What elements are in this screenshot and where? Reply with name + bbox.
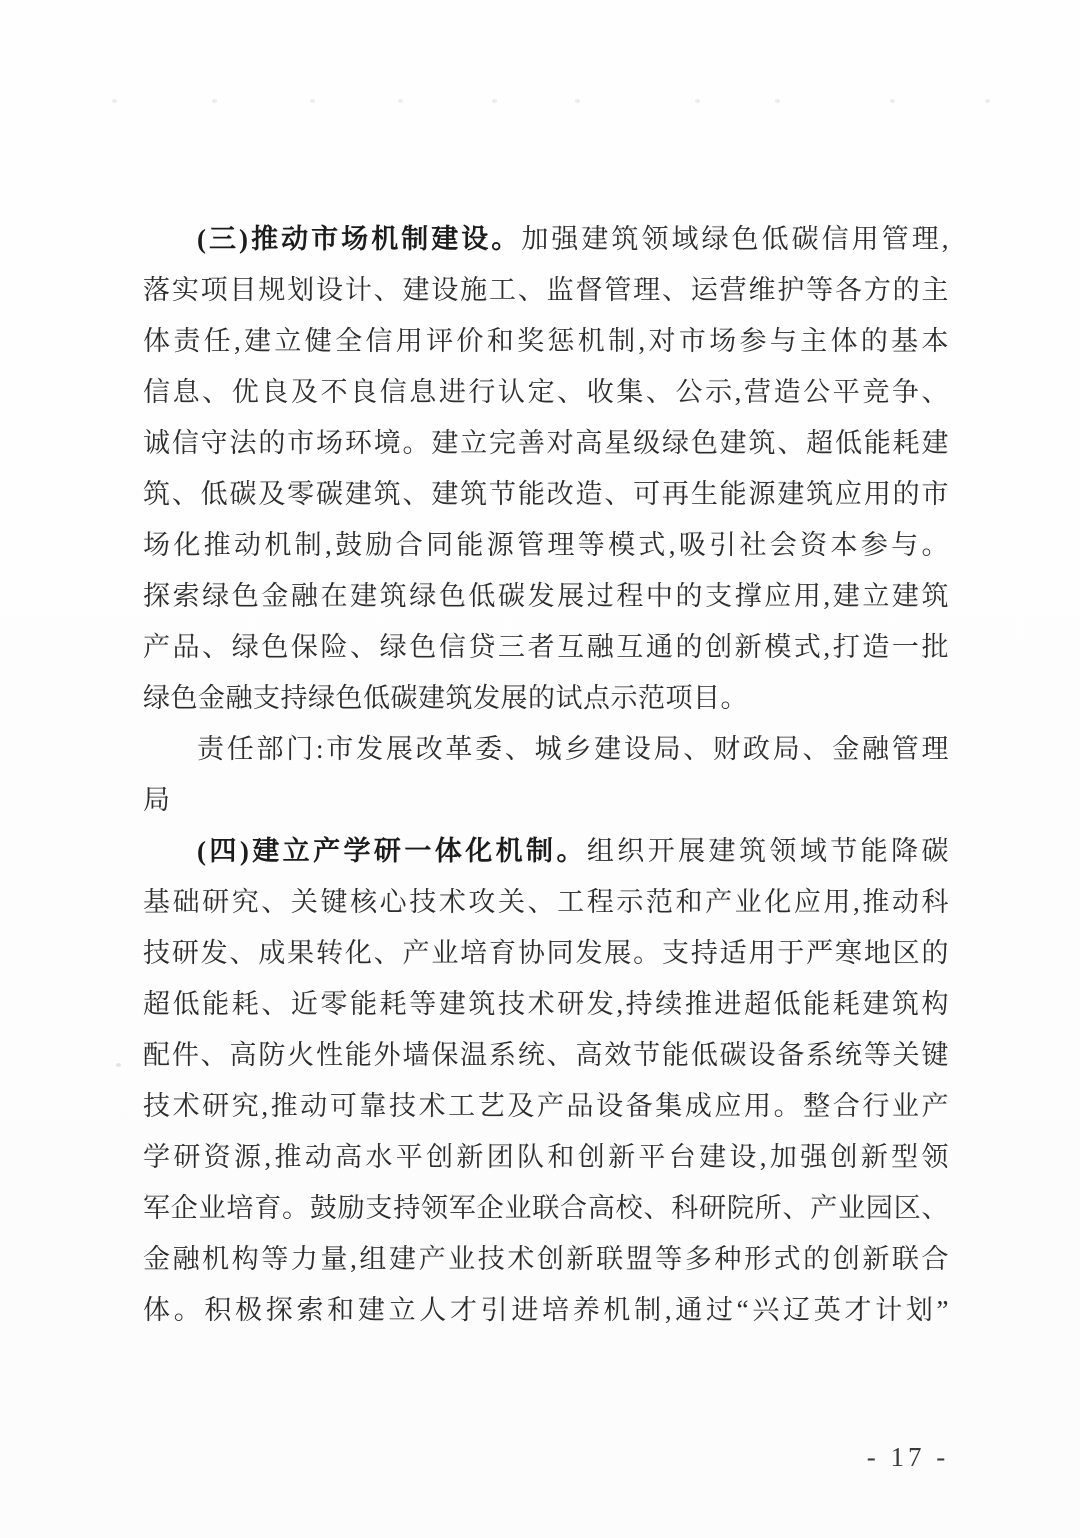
scan-speck — [116, 1063, 121, 1067]
document-body-text: (三)推动市场机制建设。加强建筑领域绿色低碳信用管理, 落实项目规划设计、建设施… — [143, 214, 949, 1336]
scan-speck — [575, 99, 580, 103]
paragraph-text: 加强建筑领域绿色低碳信用管理, — [521, 224, 949, 254]
scan-speck — [890, 99, 895, 103]
document-page: (三)推动市场机制建设。加强建筑领域绿色低碳信用管理, 落实项目规划设计、建设施… — [0, 0, 1080, 1538]
scan-speck — [398, 99, 403, 103]
responsible-departments-line: 责任部门:市发展改革委、城乡建设局、财政局、金融管理 — [143, 724, 949, 775]
paragraph-line: 基础研究、关键核心技术攻关、工程示范和产业化应用,推动科 — [143, 877, 949, 928]
paragraph-line: 技术研究,推动可靠技术工艺及产品设备集成应用。整合行业产 — [143, 1081, 949, 1132]
section-4-heading: (四)建立产学研一体化机制。 — [197, 836, 587, 866]
paragraph-line: 超低能耗、近零能耗等建筑技术研发,持续推进超低能耗建筑构 — [143, 979, 949, 1030]
paragraph-line: 产品、绿色保险、绿色信贷三者互融互通的创新模式,打造一批 — [143, 622, 949, 673]
scan-speck — [212, 99, 217, 103]
paragraph-text: 组织开展建筑领域节能降碳 — [587, 836, 949, 866]
paragraph-line: 军企业培育。鼓励支持领军企业联合高校、科研院所、产业园区、 — [143, 1183, 949, 1234]
section-3-heading: (三)推动市场机制建设。 — [197, 224, 521, 254]
paragraph-line: 金融机构等力量,组建产业技术创新联盟等多种形式的创新联合 — [143, 1234, 949, 1285]
paragraph-line: 筑、低碳及零碳建筑、建筑节能改造、可再生能源建筑应用的市 — [143, 469, 949, 520]
paragraph-line: (四)建立产学研一体化机制。组织开展建筑领域节能降碳 — [143, 826, 949, 877]
paragraph-line: 信息、优良及不良信息进行认定、收集、公示,营造公平竞争、 — [143, 367, 949, 418]
paragraph-line: 落实项目规划设计、建设施工、监督管理、运营维护等各方的主 — [143, 265, 949, 316]
paragraph-line: 绿色金融支持绿色低碳建筑发展的试点示范项目。 — [143, 673, 949, 724]
page-number: - 17 - — [863, 1435, 953, 1480]
paragraph-line: 技研发、成果转化、产业培育协同发展。支持适用于严寒地区的 — [143, 928, 949, 979]
scan-speck — [492, 99, 497, 103]
scan-speck — [310, 99, 315, 103]
paragraph-line: 配件、高防火性能外墙保温系统、高效节能低碳设备系统等关键 — [143, 1030, 949, 1081]
scan-speck — [695, 99, 700, 103]
paragraph-line: (三)推动市场机制建设。加强建筑领域绿色低碳信用管理, — [143, 214, 949, 265]
paragraph-line: 学研资源,推动高水平创新团队和创新平台建设,加强创新型领 — [143, 1132, 949, 1183]
paragraph-line: 体。积极探索和建立人才引进培养机制,通过“兴辽英才计划” — [143, 1285, 949, 1336]
paragraph-line: 体责任,建立健全信用评价和奖惩机制,对市场参与主体的基本 — [143, 316, 949, 367]
paragraph-line: 诚信守法的市场环境。建立完善对高星级绿色建筑、超低能耗建 — [143, 418, 949, 469]
paragraph-line: 探索绿色金融在建筑绿色低碳发展过程中的支撑应用,建立建筑 — [143, 571, 949, 622]
scan-speck — [112, 99, 117, 103]
paragraph-line: 场化推动机制,鼓励合同能源管理等模式,吸引社会资本参与。 — [143, 520, 949, 571]
scan-speck — [985, 99, 990, 103]
responsible-departments-line: 局 — [143, 775, 949, 826]
scan-speck — [775, 99, 780, 103]
